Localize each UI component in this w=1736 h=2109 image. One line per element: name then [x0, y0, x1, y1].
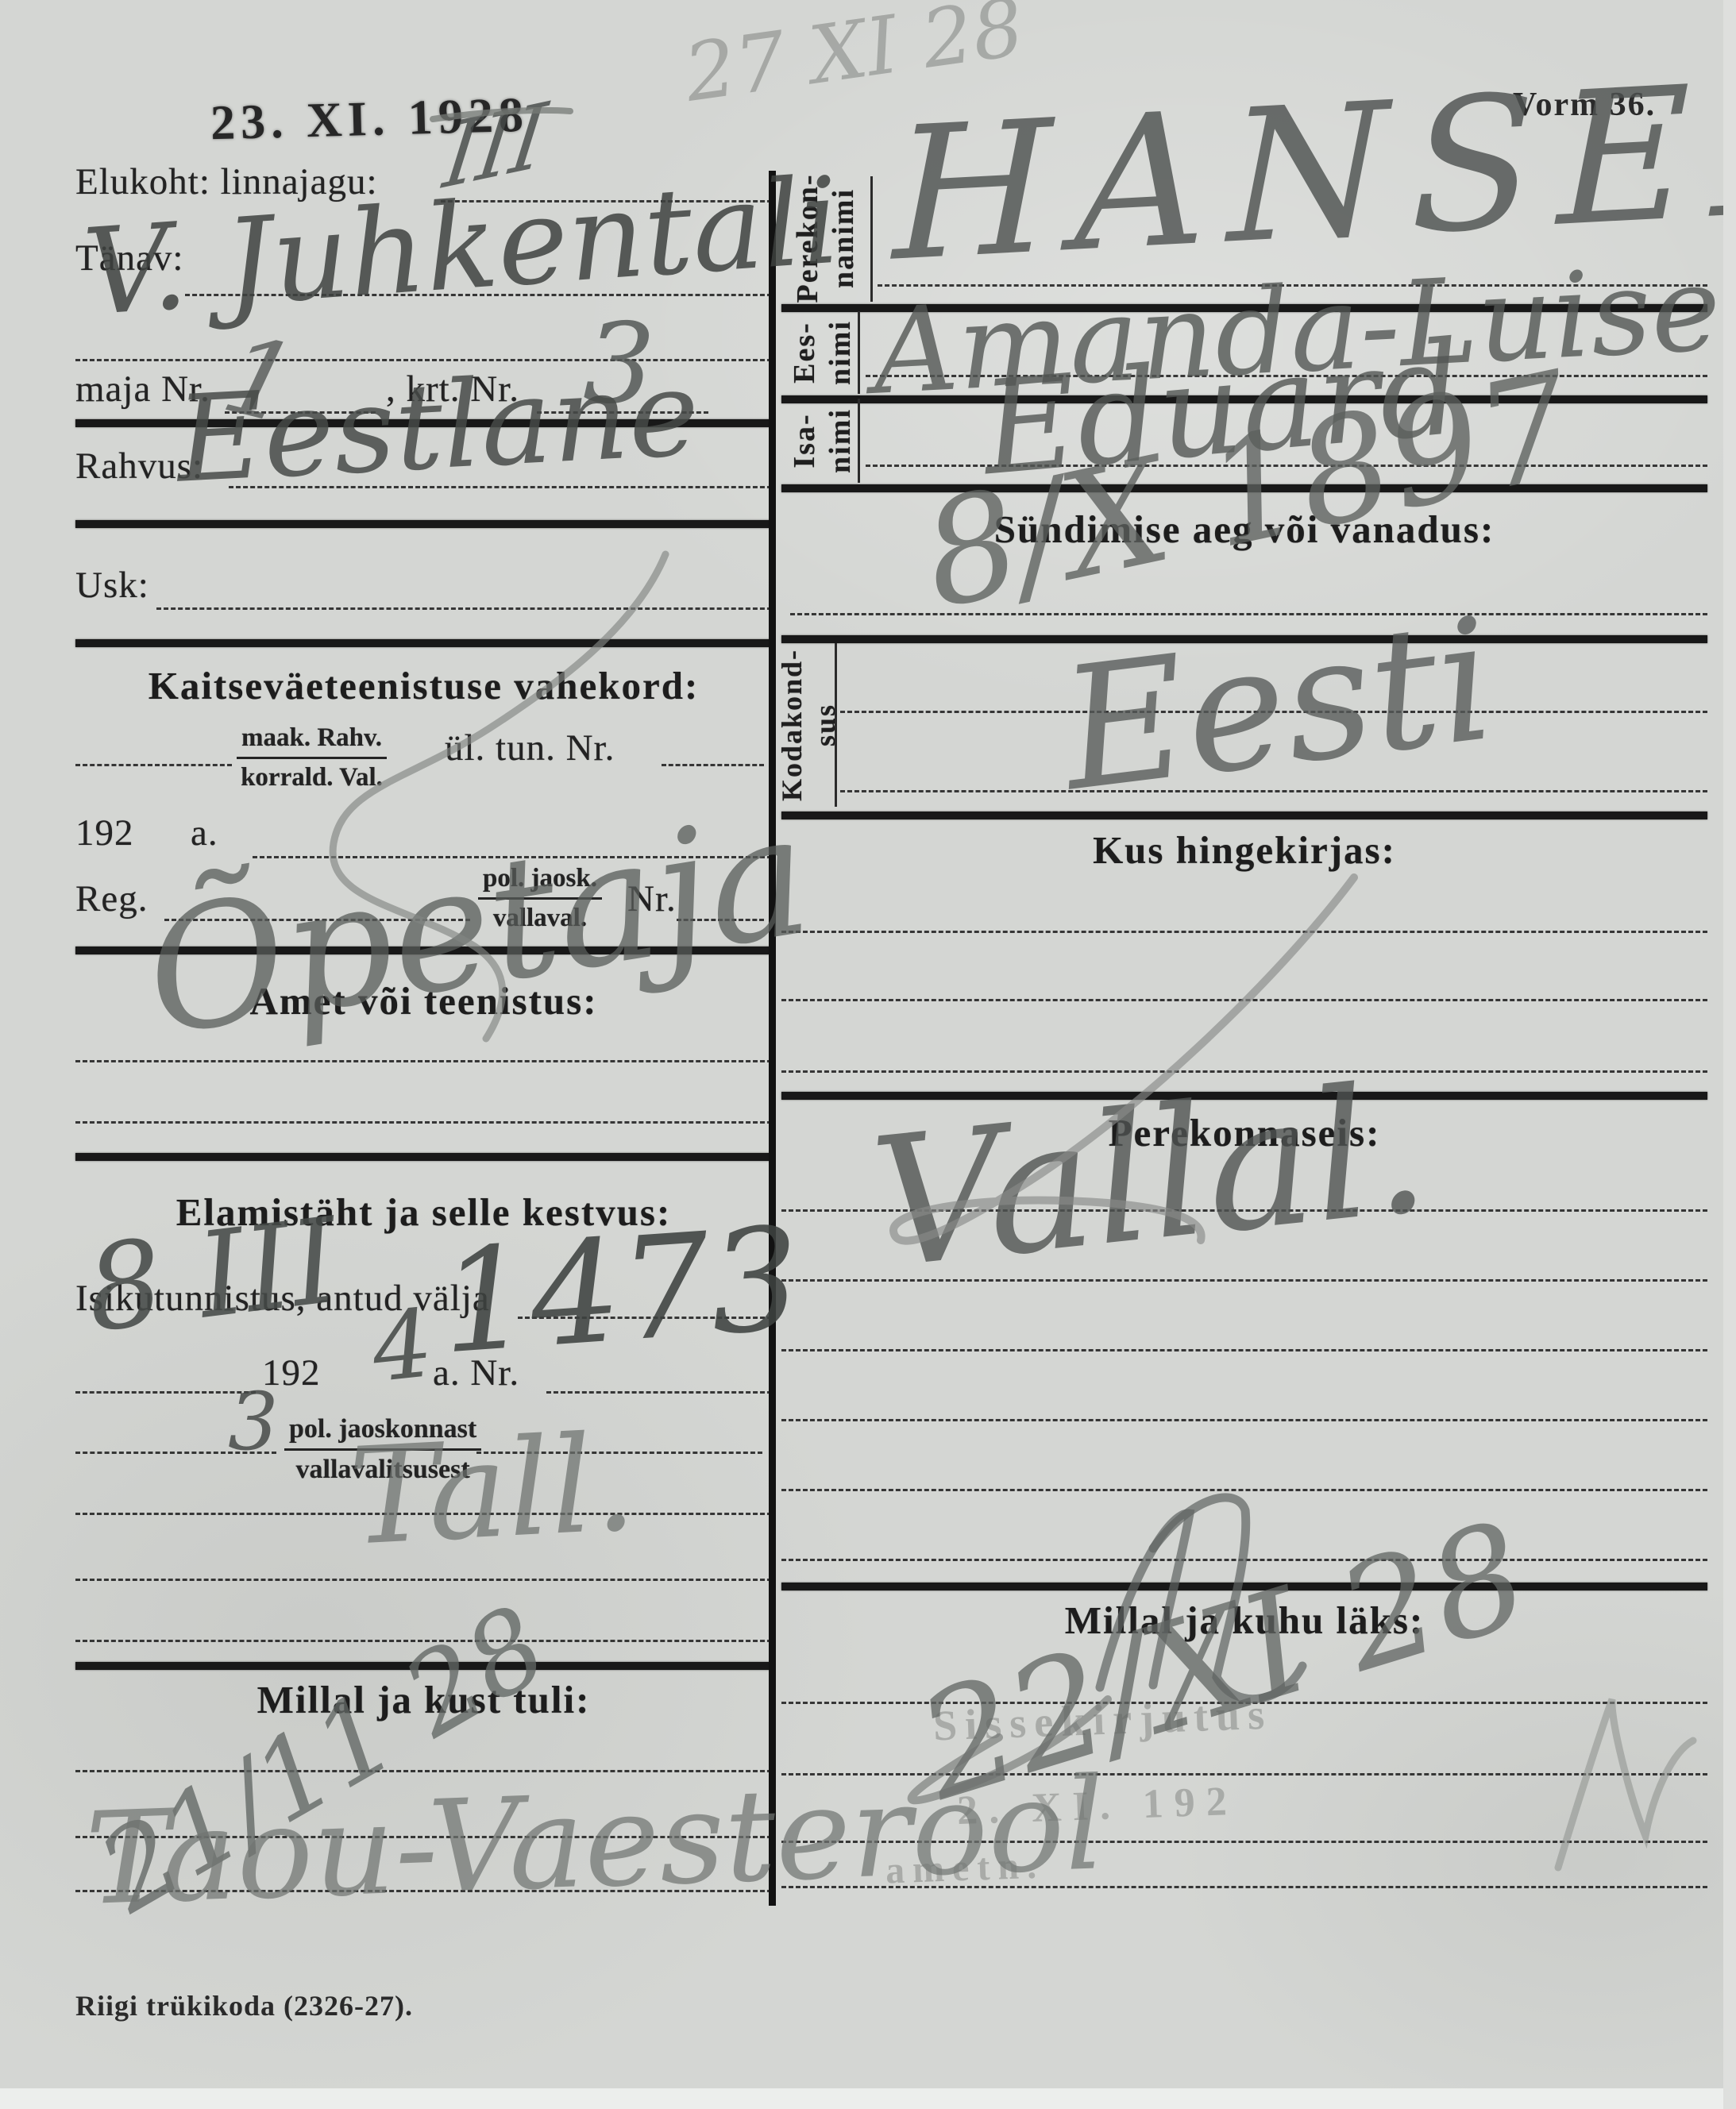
rule-isiku-nr: [546, 1391, 772, 1394]
kaitse-header: Kaitseväeteenistuse vahekord:: [75, 663, 772, 708]
hingekirjas-header: Kus hingekirjas:: [781, 827, 1707, 873]
rule-hingekirjas-1: [781, 931, 1707, 933]
vrule-perekonnanimi: [870, 176, 873, 302]
usk-label: Usk:: [75, 564, 149, 607]
scan-edge-bottom: [0, 2088, 1736, 2109]
bar-left-2: [75, 520, 772, 528]
handwriting-isiku-sub: 3: [228, 1375, 279, 1468]
handwriting-isiku-nr: 1473: [435, 1196, 805, 1385]
eesnimi-label: Ees- nimi: [787, 311, 858, 394]
handwriting-rahvus: Eestlane: [173, 345, 703, 510]
isanimi-label-top: Isa-: [787, 413, 823, 468]
isanimi-label-bottom: nimi: [823, 408, 858, 473]
rule-usk: [156, 607, 772, 610]
handwriting-linn: Tall.: [345, 1405, 639, 1575]
kodakondsus-label-bottom: sus: [808, 704, 842, 746]
scan-edge-right: [1723, 0, 1736, 2109]
bar-left-3: [75, 639, 772, 647]
handwriting-isiku-date: 8 III: [79, 1192, 345, 1358]
column-divider: [769, 171, 776, 1906]
rule-hingekirjas-2: [781, 999, 1707, 1001]
handwriting-isiku-year: 4: [367, 1288, 438, 1403]
ul-tun-nr-label: ül. tun. Nr.: [445, 727, 615, 769]
rule-seis-6: [781, 1559, 1707, 1561]
bar-left-5: [75, 1153, 772, 1161]
handwriting-amet: Õpetaja: [133, 776, 822, 1074]
year-prefix: 192: [75, 812, 134, 854]
maak-rahv-bottom: korrald. Val.: [237, 759, 387, 795]
handwriting-perekonnaseis: Vallal.: [864, 1044, 1437, 1309]
isanimi-label: Isa- nimi: [787, 399, 858, 483]
maak-rahv-fraction: maak. Rahv. korrald. Val.: [237, 721, 387, 795]
rule-maak-left: [75, 764, 232, 766]
rule-ul-tun-nr: [662, 764, 764, 766]
printer-note: Riigi trükikoda (2326-27).: [75, 1989, 413, 2022]
year-suffix: a.: [191, 812, 218, 854]
rule-seis-3: [781, 1349, 1707, 1351]
rule-left-b: [75, 1579, 772, 1581]
rule-seis-4: [781, 1419, 1707, 1421]
eesnimi-label-bottom: nimi: [823, 320, 858, 385]
bar-right-5: [781, 812, 1707, 819]
rule-amet-2: [75, 1121, 772, 1124]
maak-rahv-top: maak. Rahv.: [237, 721, 387, 759]
rule-seis-5: [781, 1489, 1707, 1491]
eesnimi-label-top: Ees-: [787, 322, 823, 384]
registration-card: 23. XI. 1928 Vorm 36. Elukoht: linnajagu…: [0, 0, 1736, 2109]
